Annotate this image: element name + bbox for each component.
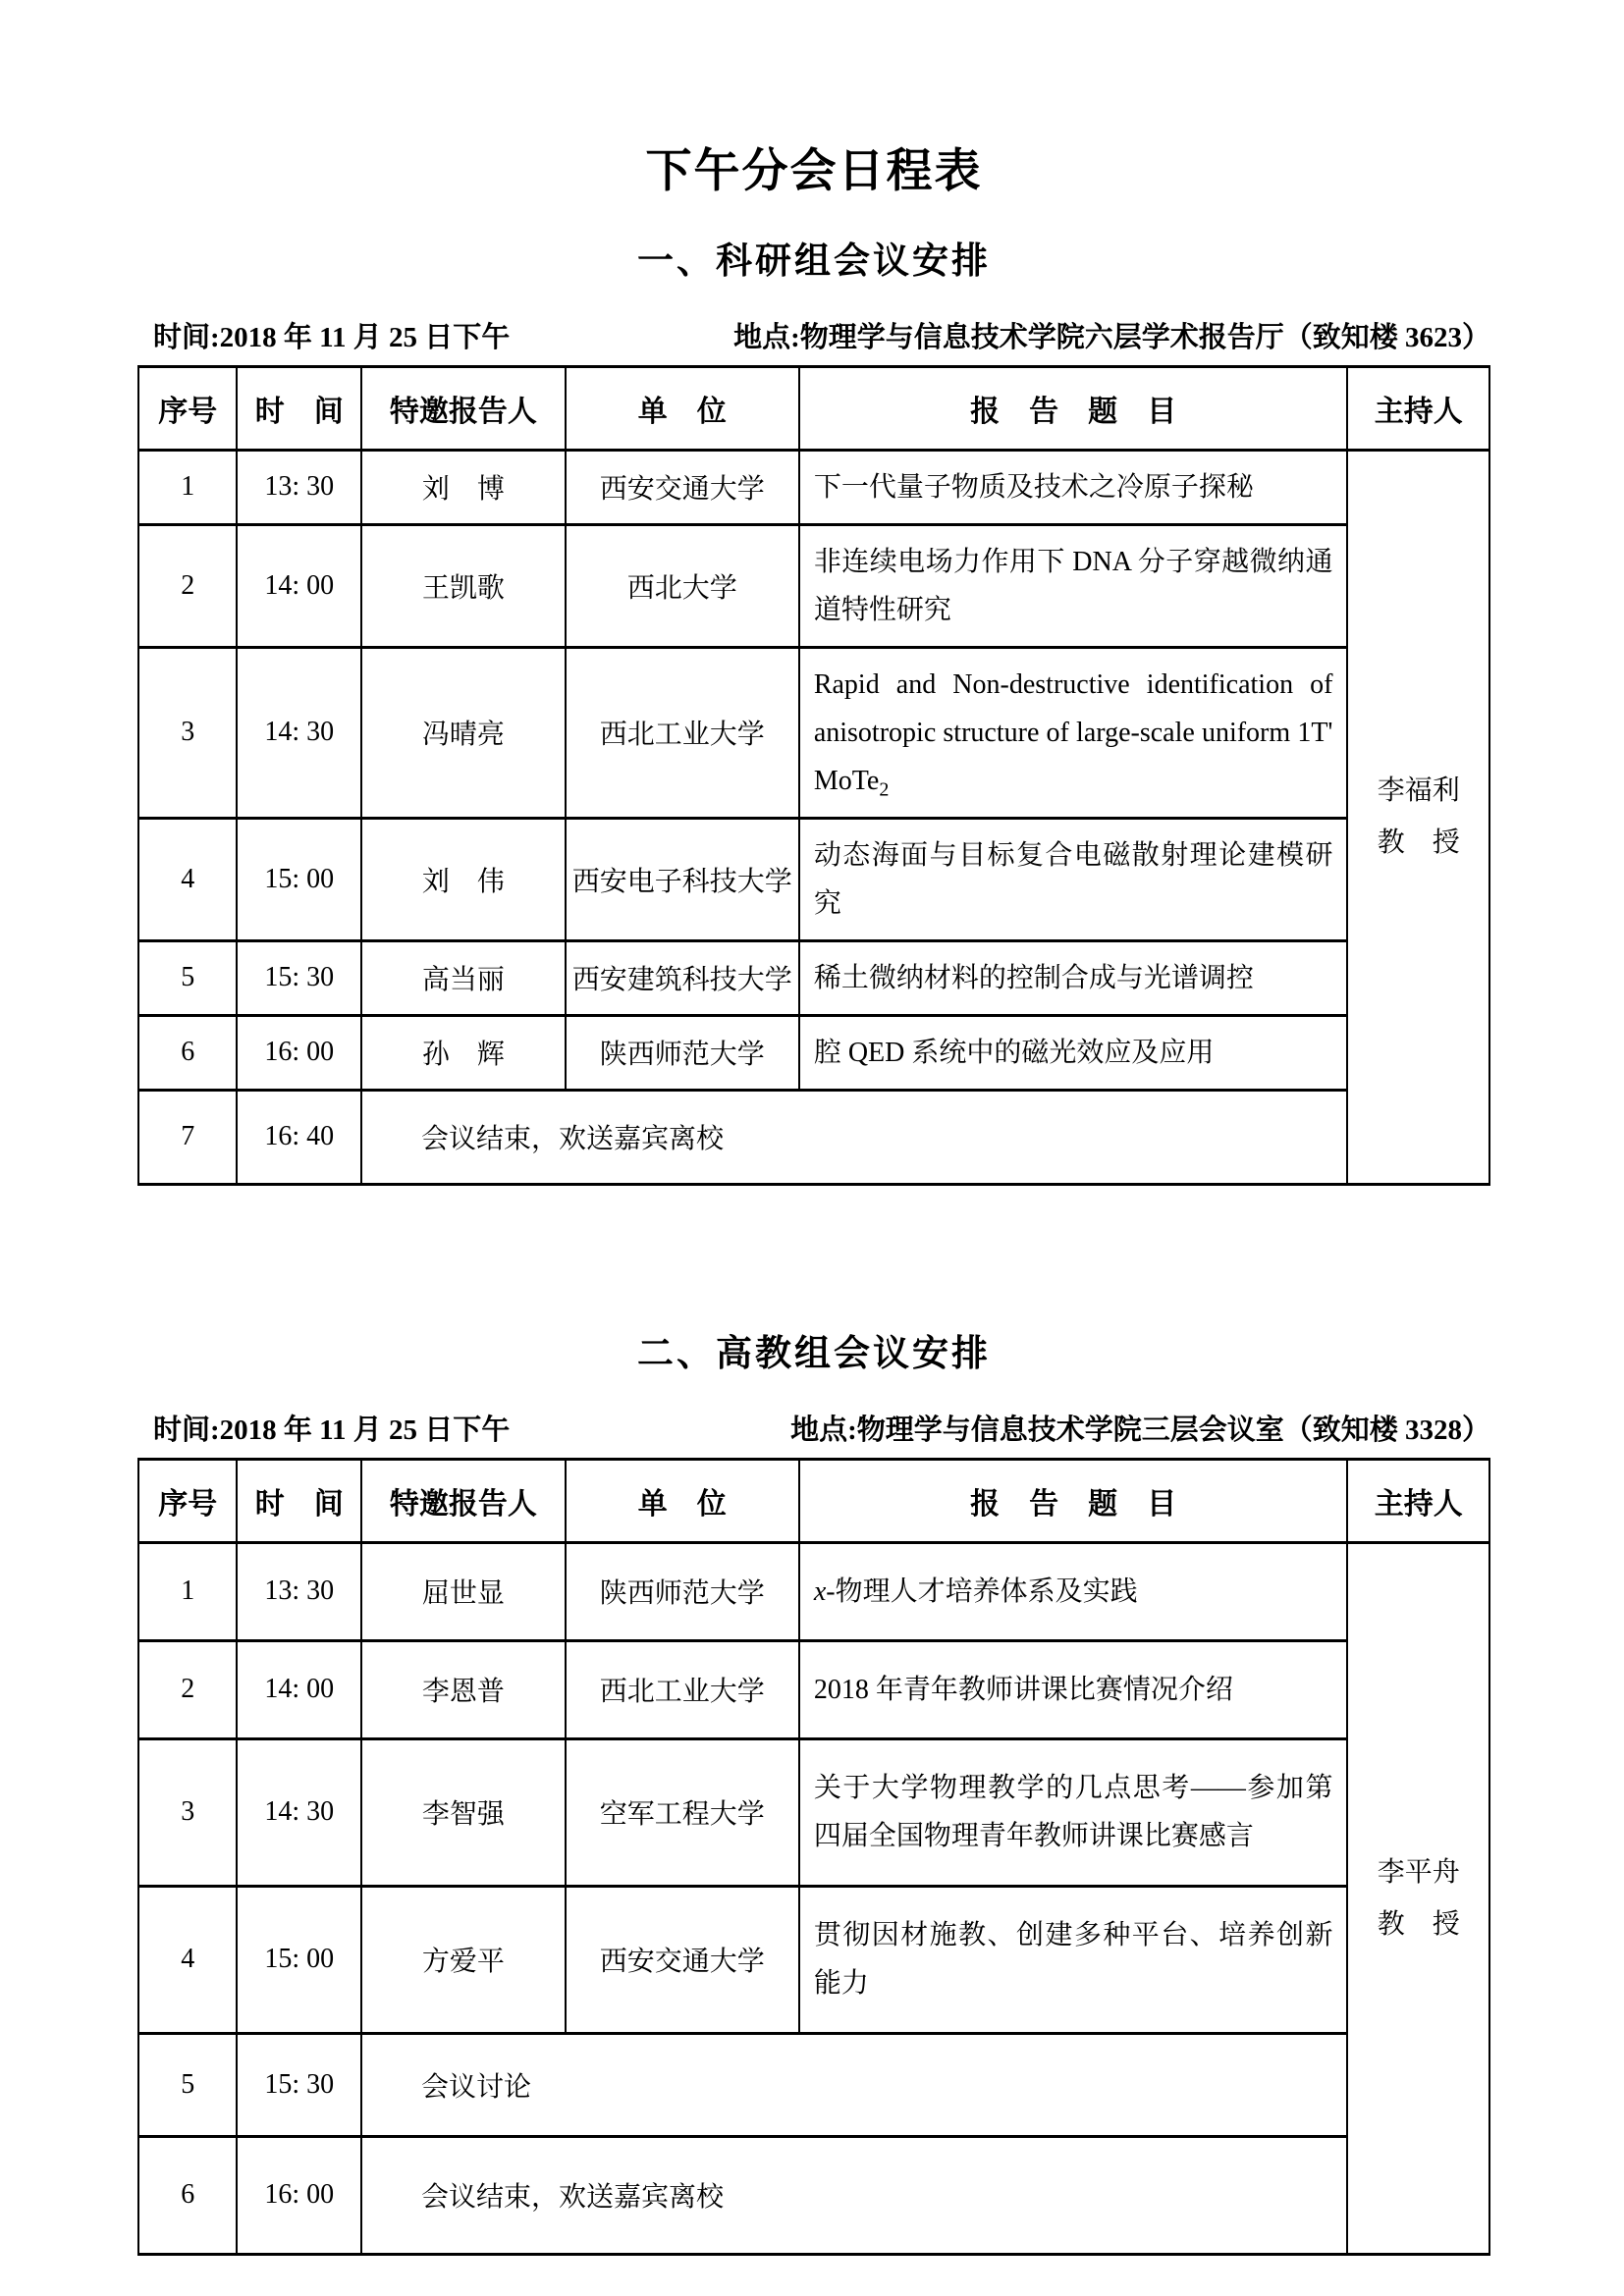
chair-name: 李福利 <box>1349 765 1488 817</box>
seq-cell: 5 <box>138 2033 237 2136</box>
header-cell-chair: 主持人 <box>1347 1459 1489 1542</box>
section1-meta: 时间:2018 年 11 月 25 日下午 地点:物理学与信息技术学院六层学术报… <box>137 315 1490 355</box>
seq-cell: 3 <box>138 647 237 818</box>
affiliation-cell: 陕西师范大学 <box>566 1542 799 1640</box>
talk-title-text: -物理人才培养体系及实践 <box>826 1576 1137 1607</box>
header-cell-speaker: 特邀报告人 <box>361 366 566 450</box>
affiliation-cell: 西安电子科技大学 <box>566 818 799 940</box>
table-row: 3 14: 30 冯晴亮 西北工业大学 Rapid and Non-destru… <box>138 647 1489 818</box>
table-row: 6 16: 00 孙 辉 陕西师范大学 腔 QED 系统中的磁光效应及应用 <box>138 1015 1489 1090</box>
header-cell-title: 报 告 题 目 <box>799 1459 1348 1542</box>
affiliation-cell: 西安交通大学 <box>566 1886 799 2033</box>
table-row: 4 15: 00 方爱平 西安交通大学 贯彻因材施教、创建多种平台、培养创新能力 <box>138 1886 1489 2033</box>
chair-title: 教 授 <box>1349 1898 1488 1950</box>
talk-title-cell: Rapid and Non-destructive identification… <box>799 647 1348 818</box>
section1-meta-time: 时间:2018 年 11 月 25 日下午 <box>153 315 510 355</box>
speaker-cell: 刘 博 <box>361 450 566 524</box>
seq-cell: 6 <box>138 1015 237 1090</box>
seq-cell: 2 <box>138 1640 237 1738</box>
table-row: 7 16: 40 会议结束，欢送嘉宾离校 <box>138 1090 1489 1184</box>
affiliation-cell: 西北工业大学 <box>566 647 799 818</box>
section-research-group: 一、科研组会议安排 时间:2018 年 11 月 25 日下午 地点:物理学与信… <box>137 239 1490 1186</box>
table2-header-row: 序号 时 间 特邀报告人 单 位 报 告 题 目 主持人 <box>138 1459 1489 1542</box>
speaker-cell: 李智强 <box>361 1738 566 1886</box>
document-page: 下午分会日程表 一、科研组会议安排 时间:2018 年 11 月 25 日下午 … <box>137 0 1490 2256</box>
table-row: 4 15: 00 刘 伟 西安电子科技大学 动态海面与目标复合电磁散射理论建模研… <box>138 818 1489 940</box>
section2-meta-time: 时间:2018 年 11 月 25 日下午 <box>153 1408 510 1448</box>
time-cell: 15: 00 <box>237 818 361 940</box>
chair-title: 教 授 <box>1349 817 1488 869</box>
time-cell: 14: 00 <box>237 524 361 647</box>
time-cell: 13: 30 <box>237 450 361 524</box>
chair-cell: 李平舟 教 授 <box>1347 1542 1489 2254</box>
section-higher-education-group: 二、高教组会议安排 时间:2018 年 11 月 25 日下午 地点:物理学与信… <box>137 1331 1490 2256</box>
table-row: 2 14: 00 李恩普 西北工业大学 2018 年青年教师讲课比赛情况介绍 <box>138 1640 1489 1738</box>
affiliation-cell: 西北大学 <box>566 524 799 647</box>
talk-title-subscript: 2 <box>879 778 889 800</box>
affiliation-cell: 西安建筑科技大学 <box>566 940 799 1015</box>
talk-title-text: Rapid and Non-destructive identification… <box>814 669 1333 796</box>
time-cell: 13: 30 <box>237 1542 361 1640</box>
time-cell: 14: 30 <box>237 647 361 818</box>
time-cell: 14: 00 <box>237 1640 361 1738</box>
seq-cell: 2 <box>138 524 237 647</box>
talk-title-italic: x <box>814 1576 826 1607</box>
speaker-cell: 冯晴亮 <box>361 647 566 818</box>
talk-title-cell: 非连续电场力作用下 DNA 分子穿越微纳通道特性研究 <box>799 524 1348 647</box>
talk-title-cell: 腔 QED 系统中的磁光效应及应用 <box>799 1015 1348 1090</box>
time-cell: 16: 40 <box>237 1090 361 1184</box>
talk-title-cell: 2018 年青年教师讲课比赛情况介绍 <box>799 1640 1348 1738</box>
section1-heading: 一、科研组会议安排 <box>137 239 1490 286</box>
header-cell-chair: 主持人 <box>1347 366 1489 450</box>
section2-heading: 二、高教组会议安排 <box>137 1331 1490 1378</box>
closing-note-cell: 会议结束，欢送嘉宾离校 <box>361 2136 1347 2254</box>
chair-name: 李平舟 <box>1349 1846 1488 1898</box>
talk-title-cell: 动态海面与目标复合电磁散射理论建模研究 <box>799 818 1348 940</box>
discussion-note-cell: 会议讨论 <box>361 2033 1347 2136</box>
section2-meta: 时间:2018 年 11 月 25 日下午 地点:物理学与信息技术学院三层会议室… <box>137 1408 1490 1448</box>
section1-meta-place: 地点:物理学与信息技术学院六层学术报告厅（致知楼 3623） <box>733 315 1490 355</box>
talk-title-cell: x-物理人才培养体系及实践 <box>799 1542 1348 1640</box>
seq-cell: 4 <box>138 818 237 940</box>
speaker-cell: 方爱平 <box>361 1886 566 2033</box>
affiliation-cell: 陕西师范大学 <box>566 1015 799 1090</box>
seq-cell: 7 <box>138 1090 237 1184</box>
speaker-cell: 刘 伟 <box>361 818 566 940</box>
time-cell: 15: 30 <box>237 940 361 1015</box>
talk-title-cell: 稀土微纳材料的控制合成与光谱调控 <box>799 940 1348 1015</box>
seq-cell: 1 <box>138 450 237 524</box>
header-cell-affiliation: 单 位 <box>566 1459 799 1542</box>
higher-ed-schedule-table: 序号 时 间 特邀报告人 单 位 报 告 题 目 主持人 1 13: 30 屈世… <box>137 1458 1490 2256</box>
affiliation-cell: 西北工业大学 <box>566 1640 799 1738</box>
header-cell-time: 时 间 <box>237 366 361 450</box>
time-cell: 16: 00 <box>237 1015 361 1090</box>
table-row: 6 16: 00 会议结束，欢送嘉宾离校 <box>138 2136 1489 2254</box>
header-cell-seq: 序号 <box>138 1459 237 1542</box>
closing-note-cell: 会议结束，欢送嘉宾离校 <box>361 1090 1347 1184</box>
seq-cell: 1 <box>138 1542 237 1640</box>
chair-cell: 李福利 教 授 <box>1347 450 1489 1184</box>
header-cell-affiliation: 单 位 <box>566 366 799 450</box>
time-cell: 15: 30 <box>237 2033 361 2136</box>
talk-title-cell: 关于大学物理教学的几点思考——参加第四届全国物理青年教师讲课比赛感言 <box>799 1738 1348 1886</box>
affiliation-cell: 西安交通大学 <box>566 450 799 524</box>
section2-meta-place: 地点:物理学与信息技术学院三层会议室（致知楼 3328） <box>790 1408 1490 1448</box>
table-row: 5 15: 30 会议讨论 <box>138 2033 1489 2136</box>
document-title: 下午分会日程表 <box>137 143 1490 201</box>
time-cell: 14: 30 <box>237 1738 361 1886</box>
speaker-cell: 孙 辉 <box>361 1015 566 1090</box>
header-cell-speaker: 特邀报告人 <box>361 1459 566 1542</box>
speaker-cell: 高当丽 <box>361 940 566 1015</box>
seq-cell: 6 <box>138 2136 237 2254</box>
speaker-cell: 李恩普 <box>361 1640 566 1738</box>
research-schedule-table: 序号 时 间 特邀报告人 单 位 报 告 题 目 主持人 1 13: 30 刘 … <box>137 365 1490 1186</box>
table1-header-row: 序号 时 间 特邀报告人 单 位 报 告 题 目 主持人 <box>138 366 1489 450</box>
seq-cell: 3 <box>138 1738 237 1886</box>
talk-title-cell: 贯彻因材施教、创建多种平台、培养创新能力 <box>799 1886 1348 2033</box>
seq-cell: 4 <box>138 1886 237 2033</box>
table-row: 2 14: 00 王凯歌 西北大学 非连续电场力作用下 DNA 分子穿越微纳通道… <box>138 524 1489 647</box>
time-cell: 16: 00 <box>237 2136 361 2254</box>
affiliation-cell: 空军工程大学 <box>566 1738 799 1886</box>
time-cell: 15: 00 <box>237 1886 361 2033</box>
speaker-cell: 屈世显 <box>361 1542 566 1640</box>
speaker-cell: 王凯歌 <box>361 524 566 647</box>
table-row: 3 14: 30 李智强 空军工程大学 关于大学物理教学的几点思考——参加第四届… <box>138 1738 1489 1886</box>
table-row: 5 15: 30 高当丽 西安建筑科技大学 稀土微纳材料的控制合成与光谱调控 <box>138 940 1489 1015</box>
header-cell-seq: 序号 <box>138 366 237 450</box>
header-cell-time: 时 间 <box>237 1459 361 1542</box>
table-row: 1 13: 30 刘 博 西安交通大学 下一代量子物质及技术之冷原子探秘 李福利… <box>138 450 1489 524</box>
header-cell-title: 报 告 题 目 <box>799 366 1348 450</box>
talk-title-cell: 下一代量子物质及技术之冷原子探秘 <box>799 450 1348 524</box>
seq-cell: 5 <box>138 940 237 1015</box>
table-row: 1 13: 30 屈世显 陕西师范大学 x-物理人才培养体系及实践 李平舟 教 … <box>138 1542 1489 1640</box>
